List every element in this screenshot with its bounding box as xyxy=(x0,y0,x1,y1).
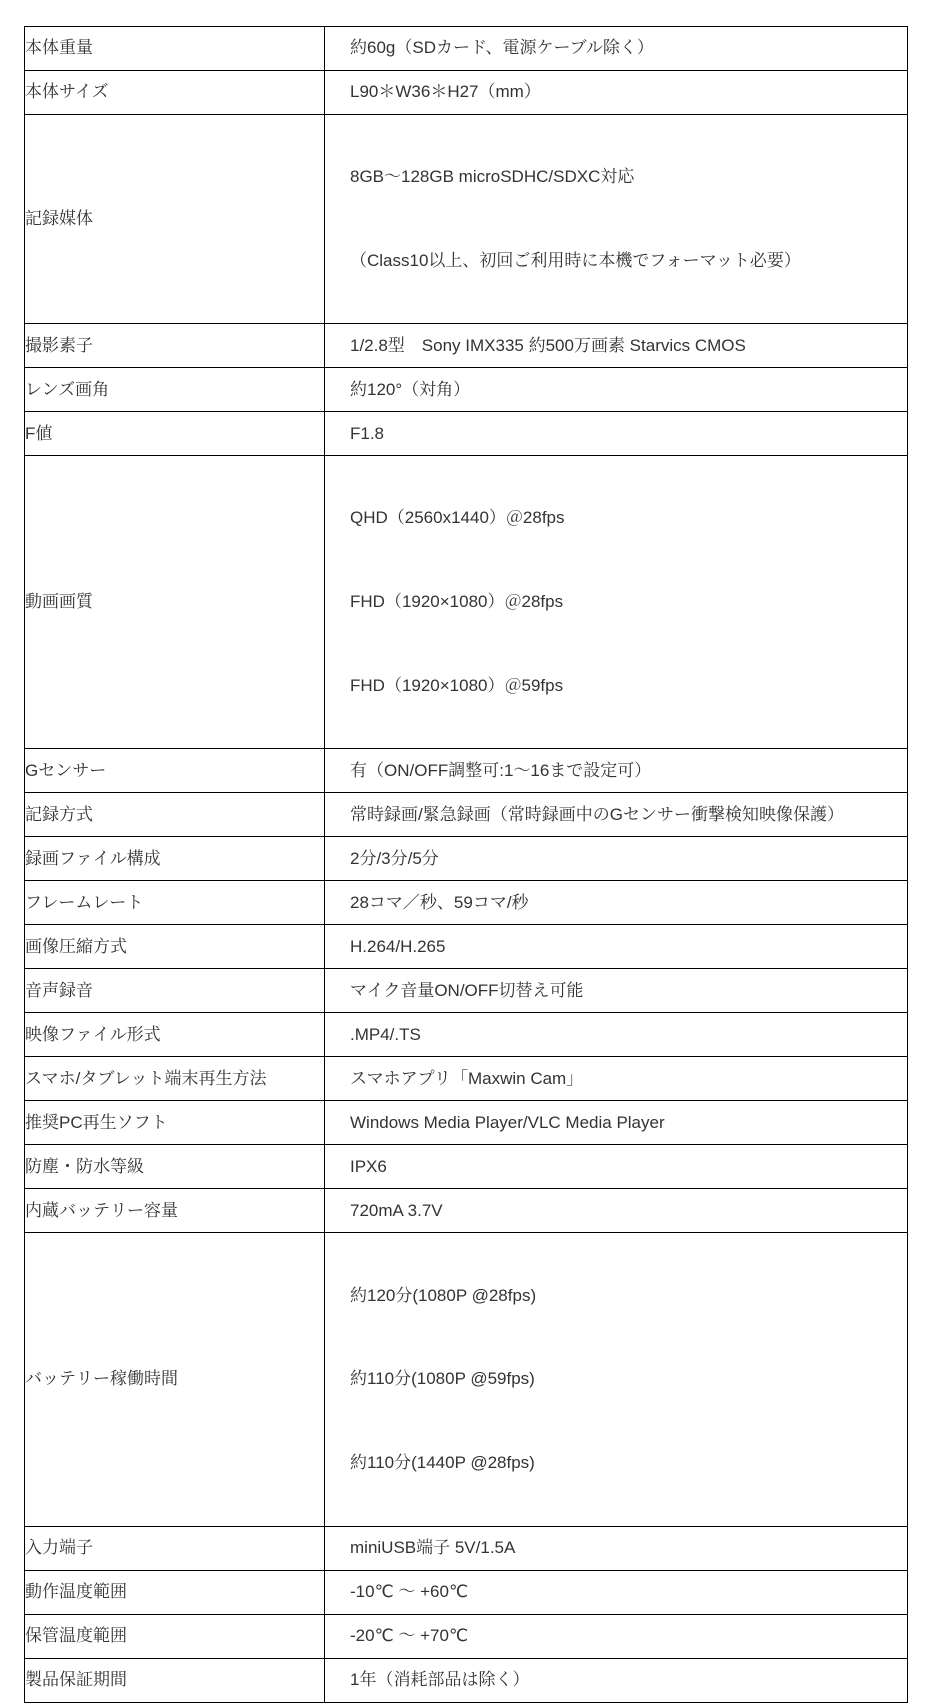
spec-value-cell: F1.8 xyxy=(325,412,908,456)
spec-value: QHD（2560x1440）＠28fps xyxy=(325,497,907,540)
spec-value: 2分/3分/5分 xyxy=(325,837,907,880)
spec-label: スマホ/タブレット端末再生方法 xyxy=(25,1057,325,1101)
spec-value: 常時録画/緊急録画（常時録画中のGセンサー衝撃検知映像保護） xyxy=(325,793,907,836)
table-row: 動画画質 QHD（2560x1440）＠28fps FHD（1920×1080）… xyxy=(25,456,908,749)
table-row: 画像圧縮方式 H.264/H.265 xyxy=(25,925,908,969)
spec-value-cell: IPX6 xyxy=(325,1145,908,1189)
table-row: 入力端子 miniUSB端子 5V/1.5A xyxy=(25,1526,908,1570)
spec-value: .MP4/.TS xyxy=(325,1013,907,1056)
spec-label: 映像ファイル形式 xyxy=(25,1013,325,1057)
spec-value-cell: 720mA 3.7V xyxy=(325,1189,908,1233)
spec-value-cell: .MP4/.TS xyxy=(325,1013,908,1057)
spec-value: FHD（1920×1080）＠59fps xyxy=(325,665,907,708)
spec-label: 録画ファイル構成 xyxy=(25,837,325,881)
spec-value-cell: 2分/3分/5分 xyxy=(325,837,908,881)
table-row: スマホ/タブレット端末再生方法 スマホアプリ「Maxwin Cam」 xyxy=(25,1057,908,1101)
spec-table: 本体重量 約60g（SDカード、電源ケーブル除く） 本体サイズ L90＊W36＊… xyxy=(24,26,908,1703)
spec-value: 約110分(1080P @59fps) xyxy=(325,1358,907,1401)
table-row: 録画ファイル構成 2分/3分/5分 xyxy=(25,837,908,881)
spec-label: 入力端子 xyxy=(25,1526,325,1570)
spec-label: 音声録音 xyxy=(25,969,325,1013)
spec-value: スマホアプリ「Maxwin Cam」 xyxy=(325,1057,907,1100)
table-row: 内蔵バッテリー容量 720mA 3.7V xyxy=(25,1189,908,1233)
spec-label: 保管温度範囲 xyxy=(25,1614,325,1658)
table-row: 保管温度範囲 -20℃ ～ +70℃ xyxy=(25,1614,908,1658)
table-row: 動作温度範囲 -10℃ ～ +60℃ xyxy=(25,1570,908,1614)
table-row: 撮影素子 1/2.8型 Sony IMX335 約500万画素 Starvics… xyxy=(25,324,908,368)
spec-value: マイク音量ON/OFF切替え可能 xyxy=(325,969,907,1012)
spec-value: 約120°（対角） xyxy=(325,368,907,411)
spec-value: miniUSB端子 5V/1.5A xyxy=(325,1527,907,1570)
spec-value: 約60g（SDカード、電源ケーブル除く） xyxy=(325,27,907,70)
spec-value: IPX6 xyxy=(325,1145,907,1188)
table-row: 映像ファイル形式 .MP4/.TS xyxy=(25,1013,908,1057)
spec-label: 画像圧縮方式 xyxy=(25,925,325,969)
spec-value-cell: 1/2.8型 Sony IMX335 約500万画素 Starvics CMOS xyxy=(325,324,908,368)
spec-label: 記録方式 xyxy=(25,793,325,837)
table-row: フレームレート 28コマ／秒、59コマ/秒 xyxy=(25,881,908,925)
table-row: レンズ画角 約120°（対角） xyxy=(25,368,908,412)
table-row: 推奨PC再生ソフト Windows Media Player/VLC Media… xyxy=(25,1101,908,1145)
spec-label: 推奨PC再生ソフト xyxy=(25,1101,325,1145)
spec-value-cell: 約120°（対角） xyxy=(325,368,908,412)
spec-value: L90＊W36＊H27（mm） xyxy=(325,71,907,114)
spec-value-cell: 有（ON/OFF調整可:1～16まで設定可） xyxy=(325,749,908,793)
spec-value: H.264/H.265 xyxy=(325,925,907,968)
spec-label: レンズ画角 xyxy=(25,368,325,412)
spec-value: 1年（消耗部品は除く） xyxy=(325,1659,907,1702)
spec-value: FHD（1920×1080）＠28fps xyxy=(325,581,907,624)
spec-value-cell: -20℃ ～ +70℃ xyxy=(325,1614,908,1658)
spec-value-cell: 8GB～128GB microSDHC/SDXC対応 （Class10以上、初回… xyxy=(325,115,908,324)
spec-value-cell: H.264/H.265 xyxy=(325,925,908,969)
table-row: 防塵・防水等級 IPX6 xyxy=(25,1145,908,1189)
spec-value: -10℃ ～ +60℃ xyxy=(325,1571,907,1614)
table-row: 音声録音 マイク音量ON/OFF切替え可能 xyxy=(25,969,908,1013)
spec-value-cell: 1年（消耗部品は除く） xyxy=(325,1658,908,1702)
spec-value: 1/2.8型 Sony IMX335 約500万画素 Starvics CMOS xyxy=(325,324,907,367)
spec-value-cell: 約120分(1080P @28fps) 約110分(1080P @59fps) … xyxy=(325,1233,908,1526)
spec-value: F1.8 xyxy=(325,412,907,455)
spec-label: Gセンサー xyxy=(25,749,325,793)
table-row: バッテリー稼働時間 約120分(1080P @28fps) 約110分(1080… xyxy=(25,1233,908,1526)
spec-value: 28コマ／秒、59コマ/秒 xyxy=(325,881,907,924)
table-row: F値 F1.8 xyxy=(25,412,908,456)
spec-value-cell: miniUSB端子 5V/1.5A xyxy=(325,1526,908,1570)
spec-value-cell: 28コマ／秒、59コマ/秒 xyxy=(325,881,908,925)
spec-label: フレームレート xyxy=(25,881,325,925)
table-row: 本体サイズ L90＊W36＊H27（mm） xyxy=(25,71,908,115)
spec-label: 内蔵バッテリー容量 xyxy=(25,1189,325,1233)
spec-value: 有（ON/OFF調整可:1～16まで設定可） xyxy=(325,749,907,792)
spec-value: Windows Media Player/VLC Media Player xyxy=(325,1101,907,1144)
spec-label: 防塵・防水等級 xyxy=(25,1145,325,1189)
spec-label: 記録媒体 xyxy=(25,115,325,324)
spec-label: 本体サイズ xyxy=(25,71,325,115)
table-row: 本体重量 約60g（SDカード、電源ケーブル除く） xyxy=(25,27,908,71)
spec-value-cell: L90＊W36＊H27（mm） xyxy=(325,71,908,115)
table-row: 製品保証期間 1年（消耗部品は除く） xyxy=(25,1658,908,1702)
spec-label: 撮影素子 xyxy=(25,324,325,368)
spec-value-cell: QHD（2560x1440）＠28fps FHD（1920×1080）＠28fp… xyxy=(325,456,908,749)
spec-value: 8GB～128GB microSDHC/SDXC対応 xyxy=(325,156,907,199)
spec-label: 動画画質 xyxy=(25,456,325,749)
spec-label: 本体重量 xyxy=(25,27,325,71)
spec-value: -20℃ ～ +70℃ xyxy=(325,1615,907,1658)
table-row: 記録媒体 8GB～128GB microSDHC/SDXC対応 （Class10… xyxy=(25,115,908,324)
spec-label: F値 xyxy=(25,412,325,456)
spec-value-cell: Windows Media Player/VLC Media Player xyxy=(325,1101,908,1145)
spec-value: 720mA 3.7V xyxy=(325,1189,907,1232)
spec-sheet-page: 本体重量 約60g（SDカード、電源ケーブル除く） 本体サイズ L90＊W36＊… xyxy=(0,0,932,1251)
table-row: 記録方式 常時録画/緊急録画（常時録画中のGセンサー衝撃検知映像保護） xyxy=(25,793,908,837)
spec-value-cell: マイク音量ON/OFF切替え可能 xyxy=(325,969,908,1013)
spec-value-cell: 約60g（SDカード、電源ケーブル除く） xyxy=(325,27,908,71)
spec-value: （Class10以上、初回ご利用時に本機でフォーマット必要） xyxy=(325,240,907,283)
spec-value-cell: -10℃ ～ +60℃ xyxy=(325,1570,908,1614)
spec-label: バッテリー稼働時間 xyxy=(25,1233,325,1526)
spec-label: 製品保証期間 xyxy=(25,1658,325,1702)
spec-value-cell: スマホアプリ「Maxwin Cam」 xyxy=(325,1057,908,1101)
spec-value: 約110分(1440P @28fps) xyxy=(325,1442,907,1485)
spec-value-cell: 常時録画/緊急録画（常時録画中のGセンサー衝撃検知映像保護） xyxy=(325,793,908,837)
spec-value: 約120分(1080P @28fps) xyxy=(325,1274,907,1317)
spec-label: 動作温度範囲 xyxy=(25,1570,325,1614)
table-row: Gセンサー 有（ON/OFF調整可:1～16まで設定可） xyxy=(25,749,908,793)
